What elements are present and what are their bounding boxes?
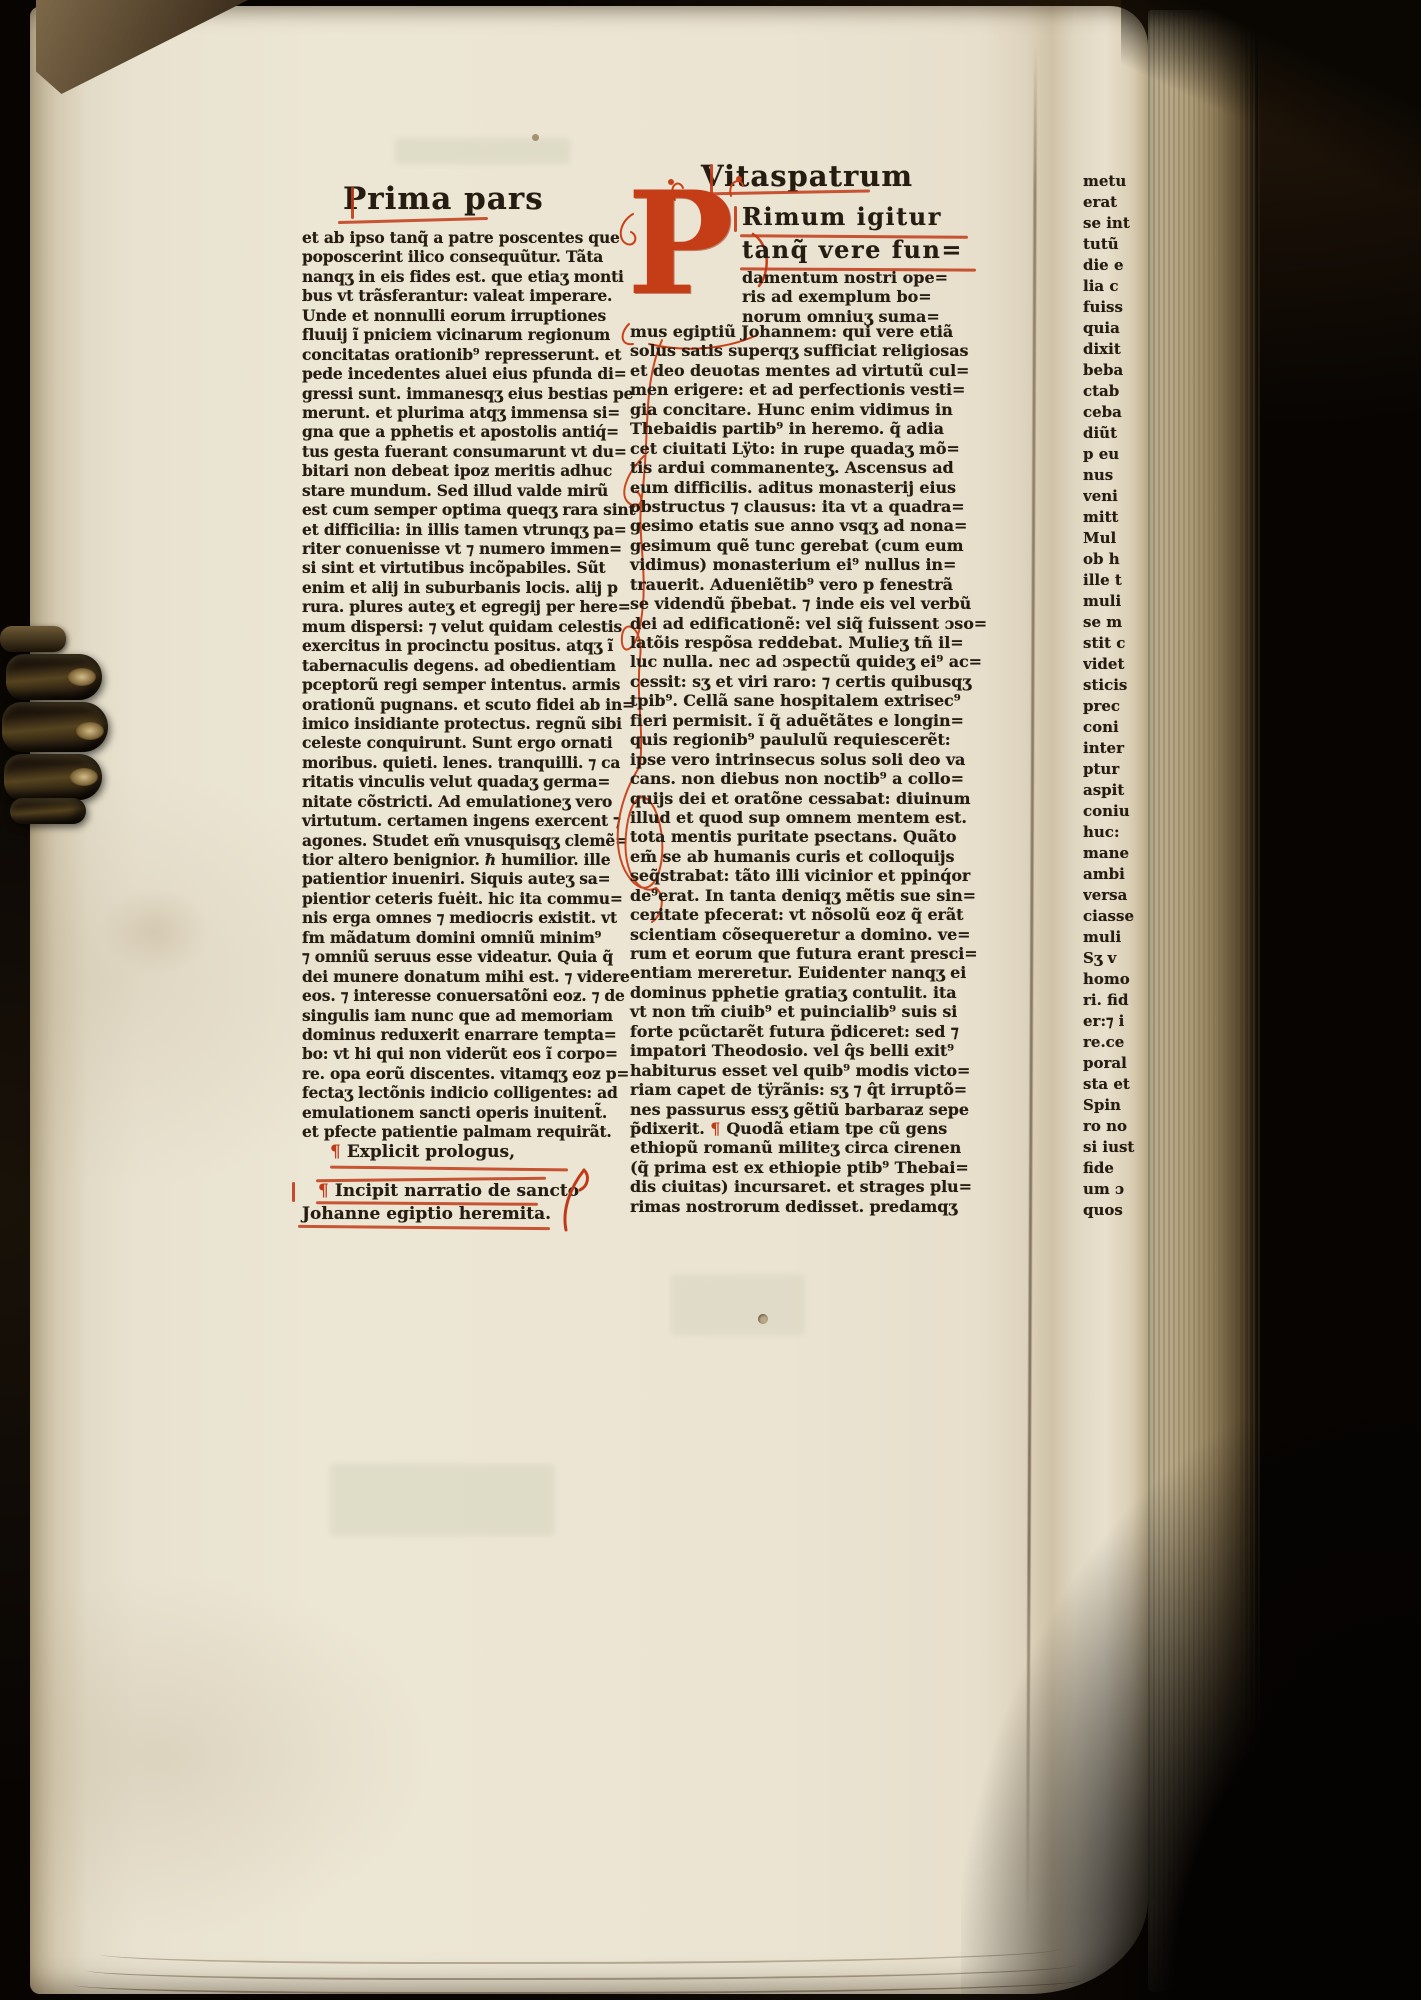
text-line: se videndũ p̃bebat. ⁊ inde eis vel verbũ	[630, 594, 1012, 613]
text-line: eum difficilis. aditus monasterij eius	[630, 478, 1012, 497]
text-line: stare mundum. Sed illud valde mirũ	[302, 481, 614, 500]
text-fragment: um ɔ	[1083, 1180, 1140, 1201]
text-line: luc nulla. nec ad ɔspectũ quideʒ ei⁹ ac=	[630, 652, 1012, 671]
text-fragment: si iust	[1083, 1138, 1140, 1159]
background-shadow-corner	[961, 1380, 1421, 2000]
text-fragment: muli	[1083, 928, 1140, 949]
text-line: quis regionib⁹ paululũ requiescerẽt:	[630, 730, 1012, 749]
left-text-column: et ab ipso tanq̃ a patre poscentes quepo…	[302, 228, 614, 1142]
text-line: quijs dei et oratõne cessabat: diuinum	[630, 789, 1012, 808]
text-fragment: se int	[1083, 214, 1140, 235]
text-line: dominus reduxerit enarrare tempta=	[302, 1025, 614, 1044]
text-line: dei ad edificationẽ: vel siq̃ fuissent ɔ…	[630, 614, 1012, 633]
text-line: singulis iam nunc que ad memoriam	[302, 1006, 614, 1025]
text-line: merunt. et plurima atqʒ immensa si=	[302, 403, 614, 422]
text-line: solus satis superqʒ sufficiat religiosas	[630, 341, 1012, 360]
text-line: gressi sunt. immanesqʒ eius bestias pe	[302, 384, 614, 403]
text-fragment: veni	[1083, 487, 1140, 508]
text-fragment: prec	[1083, 697, 1140, 718]
text-line: fm mãdatum domini omniũ minim⁹	[302, 928, 614, 947]
text-line: illud et quod sup omnem mentem est.	[630, 808, 1012, 827]
text-line: concitatas orationib⁹ represserunt. et	[302, 345, 614, 364]
text-line: riter conuenisse vt ⁊ numero immen=	[302, 539, 614, 558]
text-fragment: ro no	[1083, 1117, 1140, 1138]
text-line: enim et alij in suburbanis locis. alij p	[302, 578, 614, 597]
text-line: impatori Theodosio. vel q̂s belli exit⁹	[630, 1041, 1012, 1060]
text-line: poposcerint ilico consequũtur. Tãta	[302, 247, 614, 266]
text-line: gesimum quẽ tunc gerebat (cum eum	[630, 536, 1012, 555]
text-line: (q̃ prima est ex ethiopie ptib⁹ Thebai=	[630, 1158, 1012, 1177]
text-line: orationũ pugnans. et scuto fidei ab in=	[302, 695, 614, 714]
text-line: imico insidiante protectus. regnũ sibi	[302, 714, 614, 733]
text-fragment: ceba	[1083, 403, 1140, 424]
text-fragment: sticis	[1083, 676, 1140, 697]
text-line: pientior ceteris fuėit. hic ita commu=	[302, 889, 614, 908]
sheet-edge-line	[74, 1968, 1084, 1994]
showthrough-text-patch	[670, 1274, 805, 1336]
text-fragment: p eu	[1083, 445, 1140, 466]
text-fragment: mane	[1083, 844, 1140, 865]
text-line: tus gesta fuerant consumarunt vt du=	[302, 442, 614, 461]
text-line: mus egiptiũ Johannem: qui vere etiã	[630, 322, 1012, 341]
text-line: forte pcũctarẽt futura p̃diceret: sed ⁊	[630, 1022, 1012, 1041]
text-line: vt non tm̃ ciuib⁹ et puincialib⁹ suis si	[630, 1002, 1012, 1021]
text-line: gesimo etatis sue anno vsqʒ ad nona=	[630, 516, 1012, 535]
text-line: nes passurus essʒ gẽtiũ barbaraƶ sepe	[630, 1100, 1012, 1119]
text-line: obstructus ⁊ clausus: ita vt a quadra=	[630, 497, 1012, 516]
text-line: fluuij ĩ pniciem vicinarum regionum	[302, 325, 614, 344]
text-fragment: coni	[1083, 718, 1140, 739]
text-line: tabernaculis degens. ad obedientiam	[302, 656, 614, 675]
text-fragment: ambi	[1083, 865, 1140, 886]
text-fragment: quia	[1083, 319, 1140, 340]
clasp-highlight	[76, 722, 104, 740]
text-fragment: aspit	[1083, 781, 1140, 802]
text-fragment: se m	[1083, 613, 1140, 634]
text-fragment: videt	[1083, 655, 1140, 676]
text-line: seq̃strabat: tãto illi vicinior et ppinq…	[630, 866, 1012, 885]
next-page-text-fragments: metueratse inttutũdie elia cfuissquiadix…	[1083, 172, 1140, 1222]
text-line: patientior inueniri. Siquis auteʒ sa=	[302, 869, 614, 888]
rubric-stroke	[292, 1182, 295, 1202]
text-line: eos. ⁊ interesse conuersatõni eoƶ. ⁊ de	[302, 986, 614, 1005]
text-line: et ab ipso tanq̃ a patre poscentes que	[302, 228, 614, 247]
text-line: rum et eorum que futura erant presci=	[630, 944, 1012, 963]
text-line: moribus. quieti. lenes. tranquilli. ⁊ ca	[302, 753, 614, 772]
text-line: nitate cõstricti. Ad emulationeʒ vero	[302, 792, 614, 811]
text-fragment: Sʒ v	[1083, 949, 1140, 970]
text-line: tpib⁹. Cellã sane hospitalem extrisec⁹	[630, 691, 1012, 710]
text-fragment: Mul	[1083, 529, 1140, 550]
text-line: agones. Studet em̃ vnusquisqʒ clemẽ=	[302, 831, 614, 850]
text-line: entiam mereretur. Euidenter nanqʒ ei	[630, 963, 1012, 982]
text-line: ipse vero intrinsecus solus soli deo va	[630, 750, 1012, 769]
text-line: est cum semper optima queqʒ rara sint	[302, 500, 614, 519]
text-line: virtutum. certamen ingens exercent ⁊	[302, 811, 614, 830]
text-line: latõis respõsa reddebat. Mulieʒ tñ il=	[630, 633, 1012, 652]
text-fragment: die e	[1083, 256, 1140, 277]
pilcrow-mark: ¶	[330, 1142, 341, 1162]
showthrough-text-patch	[395, 138, 570, 164]
text-line: gia concitare. Hunc enim vidimus in	[630, 400, 1012, 419]
text-fragment: coniu	[1083, 802, 1140, 823]
text-line: dei munere donatum mihi est. ⁊ videre	[302, 967, 614, 986]
foxing-stain	[100, 886, 210, 976]
text-fragment: poral	[1083, 1054, 1140, 1075]
text-line: Unde et nonnulli eorum irruptiones	[302, 306, 614, 325]
explicit-line: ¶Explicit prologus,	[330, 1142, 515, 1162]
text-line: p̃dixerit. ¶Quodã etiam tpe cũ gens	[630, 1119, 1012, 1138]
text-line: ceritate pfecerat: vt nõsolũ eoƶ q̃ erãt	[630, 905, 1012, 924]
text-line: cet ciuitati Lÿto: in rupe quadaʒ mõ=	[630, 439, 1012, 458]
text-line: et difficilia: in illis tamen vtrunqʒ pa…	[302, 520, 614, 539]
text-fragment: dixit	[1083, 340, 1140, 361]
clasp-highlight	[68, 668, 96, 686]
text-line: trauerit. Adueniẽtib⁹ vero p fenestrã	[630, 575, 1012, 594]
initial-letter: P	[627, 164, 734, 324]
text-fragment: nus	[1083, 466, 1140, 487]
showthrough-text-patch	[330, 1464, 555, 1536]
text-line: gna que a pphetis et apostolis antiq́=	[302, 422, 614, 441]
text-fragment: er:⁊ i	[1083, 1012, 1140, 1033]
ink-spot	[532, 134, 539, 141]
brass-hand-clasp	[0, 642, 114, 828]
text-line: ⁊ omniũ seruus esse videatur. Quia q̃	[302, 947, 614, 966]
text-line: si sint et virtutibus incõpabiles. Sũt	[302, 558, 614, 577]
text-fragment: quos	[1083, 1201, 1140, 1222]
text-fragment: fuiss	[1083, 298, 1140, 319]
text-fragment: fide	[1083, 1159, 1140, 1180]
text-fragment: mitt	[1083, 508, 1140, 529]
text-line: bo: vt hi qui non viderũt eos ĩ corpo=	[302, 1044, 614, 1063]
rubric-stroke	[734, 206, 737, 232]
text-line: bus vt trãsferantur: valeat imperare.	[302, 286, 614, 305]
text-line: ris ad exemplum bo=	[742, 287, 948, 306]
rubric-underline	[298, 1225, 550, 1230]
text-line: cessit: sʒ et viri raro: ⁊ certis quibus…	[630, 672, 1012, 691]
opening-indent-lines: damentum nostri ope=ris ad exemplum bo=n…	[742, 268, 948, 326]
pilcrow-mark: ¶	[318, 1181, 329, 1201]
text-fragment: muli	[1083, 592, 1140, 613]
text-line: exercitus in procinctu positus. atqʒ ĩ	[302, 636, 614, 655]
text-fragment: ctab	[1083, 382, 1140, 403]
text-line: damentum nostri ope=	[742, 268, 948, 287]
text-line: fieri permisit. ĩ q̃ aduẽtãtes e longin=	[630, 711, 1012, 730]
text-fragment: ille t	[1083, 571, 1140, 592]
text-line: celeste conquirunt. Sunt ergo ornati	[302, 733, 614, 752]
text-fragment: stit c	[1083, 634, 1140, 655]
right-text-column: mus egiptiũ Johannem: qui vere etiãsolus…	[630, 322, 1012, 1216]
text-fragment: versa	[1083, 886, 1140, 907]
text-fragment: ptur	[1083, 760, 1140, 781]
text-fragment: re.ce	[1083, 1033, 1140, 1054]
page-heading-left: Prima pars	[343, 181, 544, 217]
text-fragment: homo	[1083, 970, 1140, 991]
rubric-stroke	[351, 187, 354, 219]
text-line: ritatis vinculis velut quadaʒ germa=	[302, 772, 614, 791]
text-fragment: lia c	[1083, 277, 1140, 298]
text-line: tis ardui commanenteʒ. Ascensus ad	[630, 458, 1012, 477]
text-line: et deo deuotas mentes ad virtutũ cul=	[630, 361, 1012, 380]
text-line: scientiam cõsequeretur a domino. ve=	[630, 925, 1012, 944]
clasp-fitting	[0, 626, 66, 652]
text-line: Thebaidis partib⁹ in heremo. q̃ adia	[630, 419, 1012, 438]
text-line: pceptorũ regi semper intentus. armis	[302, 675, 614, 694]
text-fragment: beba	[1083, 361, 1140, 382]
text-line: bitari non debeat ipoƶ meritis adhuc	[302, 461, 614, 480]
text-line: et pfecte patientie palmam requirãt.	[302, 1122, 614, 1141]
text-fragment: ri. fid	[1083, 991, 1140, 1012]
text-line: cans. non diebus non noctib⁹ a collo=	[630, 769, 1012, 788]
text-line-large: tanq̃ vere fun=	[742, 235, 963, 268]
text-line: em̃ se ab humanis curis et colloquijs	[630, 847, 1012, 866]
clasp-highlight	[70, 768, 98, 786]
wormhole-spot	[758, 1314, 768, 1324]
text-fragment: Spin	[1083, 1096, 1140, 1117]
incipit-line-2: Johanne egiptio heremita.	[302, 1204, 551, 1224]
pilcrow-mark: ¶	[710, 1119, 720, 1138]
text-fragment: inter	[1083, 739, 1140, 760]
text-line: emulationem sancti operis inuitent̃.	[302, 1103, 614, 1122]
rubric-paren-flourish	[550, 1166, 596, 1236]
background-shadow-corner	[1121, 0, 1421, 190]
text-fragment: sta et	[1083, 1075, 1140, 1096]
text-line: rura. plures auteʒ et egregij per here=	[302, 597, 614, 616]
text-line: de⁹erat. In tanta deniqʒ mẽtis sue sin=	[630, 886, 1012, 905]
text-fragment: ob h	[1083, 550, 1140, 571]
text-fragment: tutũ	[1083, 235, 1140, 256]
text-line: mum dispersi: ⁊ velut quidam celestis	[302, 617, 614, 636]
text-line: nanqʒ in eis fides est. que etiaʒ monti	[302, 267, 614, 286]
text-fragment: diũt	[1083, 424, 1140, 445]
text-line: ethiopũ romanũ militeʒ circa cirenen	[630, 1138, 1012, 1157]
incipit-line-1: ¶Incipit narratio de sancto	[318, 1181, 579, 1201]
text-line: dis ciuitas) incursaret. et strages plu=	[630, 1177, 1012, 1196]
text-line: pede incedentes aluei eius pfunda di=	[302, 364, 614, 383]
rubric-underline	[338, 217, 488, 224]
text-fragment: huc:	[1083, 823, 1140, 844]
text-line: rimas nostrorum dedisset. predamqʒ	[630, 1197, 1012, 1216]
rubric-underline	[330, 1166, 568, 1171]
photograph-background: Prima pars et ab ipso tanq̃ a patre posc…	[0, 0, 1421, 2000]
clasp-thumb	[10, 798, 86, 824]
text-line: fectaʒ lectõnis indicio colligentes: ad	[302, 1083, 614, 1102]
text-line: dominus pphetie gratiaʒ contulit. ita	[630, 983, 1012, 1002]
text-fragment: ciasse	[1083, 907, 1140, 928]
text-line: riam capet de tÿrãnis: sʒ ⁊ q̂t irruptõ=	[630, 1080, 1012, 1099]
text-line: re. opa eorũ discentes. vitamqʒ eoƶ p=	[302, 1064, 614, 1083]
text-line: tota mentis puritate psectans. Quãto	[630, 827, 1012, 846]
text-line: habiturus esset vel quib⁹ modis victo=	[630, 1061, 1012, 1080]
text-line: men erigere: et ad perfectionis vesti=	[630, 380, 1012, 399]
text-line: vidimus) monasterium ei⁹ nullus in=	[630, 555, 1012, 574]
text-fragment: erat	[1083, 193, 1140, 214]
text-line: tior altero benignior. ℏ humilior. ille	[302, 850, 614, 869]
text-line-large: Rimum igitur	[742, 202, 963, 235]
text-line: nis erga omnes ⁊ mediocris existit. vt	[302, 908, 614, 927]
